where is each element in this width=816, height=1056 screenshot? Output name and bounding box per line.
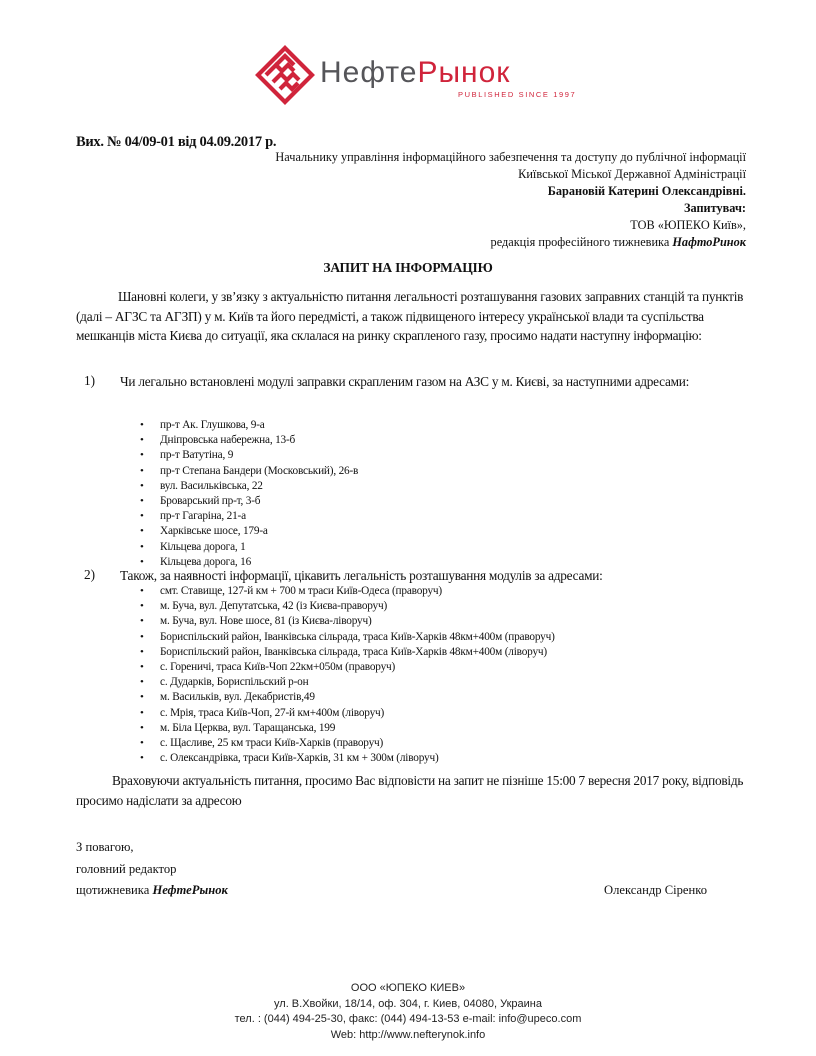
requester-desc-line: редакція професійного тижневика НафтоРин… bbox=[275, 234, 746, 251]
address-item: м. Буча, вул. Депутатська, 42 (із Києва-… bbox=[140, 599, 555, 614]
footer-contacts: тел. : (044) 494-25-30, факс: (044) 494-… bbox=[0, 1012, 816, 1028]
address-item: вул. Васильківська, 22 bbox=[140, 479, 358, 494]
signature-magazine-line: щотижневика НефтеРынок bbox=[76, 883, 228, 898]
address-item: Кільцева дорога, 1 bbox=[140, 540, 358, 555]
address-item: с. Дударків, Бориспільский р-он bbox=[140, 675, 555, 690]
footer-address: ул. В.Хвойки, 18/14, оф. 304, г. Киев, 0… bbox=[0, 997, 816, 1013]
address-item: с. Щасливе, 25 км траси Київ-Харків (пра… bbox=[140, 736, 555, 751]
section-1-address-list: пр-т Ак. Глушкова, 9-аДніпровська набере… bbox=[140, 418, 358, 570]
requester-desc: редакція професійного тижневика bbox=[491, 235, 673, 249]
signature-magazine-prefix: щотижневика bbox=[76, 883, 152, 897]
requester-magazine: НафтоРинок bbox=[672, 235, 746, 249]
address-item: с. Мрія, траса Київ-Чоп, 27-й км+400м (л… bbox=[140, 706, 555, 721]
addressee-name: Барановій Катерині Олександрівні. bbox=[275, 183, 746, 200]
address-item: пр-т Степана Бандери (Московський), 26-в bbox=[140, 464, 358, 479]
signature-name: Олександр Сіренко bbox=[604, 883, 707, 898]
address-item: с. Гореничі, траса Київ-Чоп 22км+050м (п… bbox=[140, 660, 555, 675]
address-item: пр-т Ак. Глушкова, 9-а bbox=[140, 418, 358, 433]
intro-paragraph: Шановні колеги, у зв’язку з актуальністю… bbox=[76, 287, 744, 346]
address-item: смт. Ставище, 127-й км + 700 м траси Киї… bbox=[140, 584, 555, 599]
closing-paragraph: Враховуючи актуальність питання, просимо… bbox=[76, 771, 776, 810]
address-item: Харківське шосе, 179-а bbox=[140, 524, 358, 539]
section-1-number: 1) bbox=[84, 373, 95, 389]
logo-tagline: PUBLISHED SINCE 1997 bbox=[458, 90, 576, 99]
address-item: пр-т Ватутіна, 9 bbox=[140, 448, 358, 463]
logo-wordmark-red: Рынок bbox=[417, 56, 510, 89]
addressee-line: Начальнику управління інформаційного заб… bbox=[275, 149, 746, 166]
requester-org: ТОВ «ЮПЕКО Київ», bbox=[275, 217, 746, 234]
logo-wordmark: НефтеРынок bbox=[320, 56, 510, 90]
address-item: м. Буча, вул. Нове шосе, 81 (із Києва-лі… bbox=[140, 614, 555, 629]
signature-magazine-name: НефтеРынок bbox=[152, 883, 227, 897]
logo-icon bbox=[254, 44, 316, 106]
address-item: Бориспільский район, Іванківська сільрад… bbox=[140, 645, 555, 660]
address-item: пр-т Гагаріна, 21-а bbox=[140, 509, 358, 524]
addressee-block: Начальнику управління інформаційного заб… bbox=[275, 149, 746, 251]
address-item: Дніпровська набережна, 13-б bbox=[140, 433, 358, 448]
footer-company: ООО «ЮПЕКО КИЕВ» bbox=[0, 981, 816, 997]
address-item: м. Васильків, вул. Декабристів,49 bbox=[140, 690, 555, 705]
addressee-line: Київської Міської Державної Адміністраці… bbox=[275, 166, 746, 183]
section-2-address-list: смт. Ставище, 127-й км + 700 м траси Киї… bbox=[140, 584, 555, 766]
address-item: Броварський пр-т, 3-б bbox=[140, 494, 358, 509]
footer: ООО «ЮПЕКО КИЕВ» ул. В.Хвойки, 18/14, оф… bbox=[0, 981, 816, 1043]
address-item: с. Олександрівка, траси Київ-Харків, 31 … bbox=[140, 751, 555, 766]
section-2-text: Також, за наявності інформації, цікавить… bbox=[120, 567, 750, 585]
section-2-number: 2) bbox=[84, 567, 95, 583]
requester-label: Запитувач: bbox=[275, 200, 746, 217]
footer-web: Web: http://www.nefterynok.info bbox=[0, 1028, 816, 1044]
signature-position: головний редактор bbox=[76, 862, 176, 877]
logo-wordmark-gray: Нефте bbox=[320, 56, 417, 89]
address-item: Бориспільский район, Іванківська сільрад… bbox=[140, 630, 555, 645]
document-title: ЗАПИТ НА ІНФОРМАЦІЮ bbox=[0, 260, 816, 276]
address-item: м. Біла Церква, вул. Таращанська, 199 bbox=[140, 721, 555, 736]
document-number: Вих. № 04/09-01 від 04.09.2017 р. bbox=[76, 134, 276, 151]
signature-regards: З повагою, bbox=[76, 840, 134, 855]
section-1-text: Чи легально встановлені модулі заправки … bbox=[120, 373, 750, 391]
